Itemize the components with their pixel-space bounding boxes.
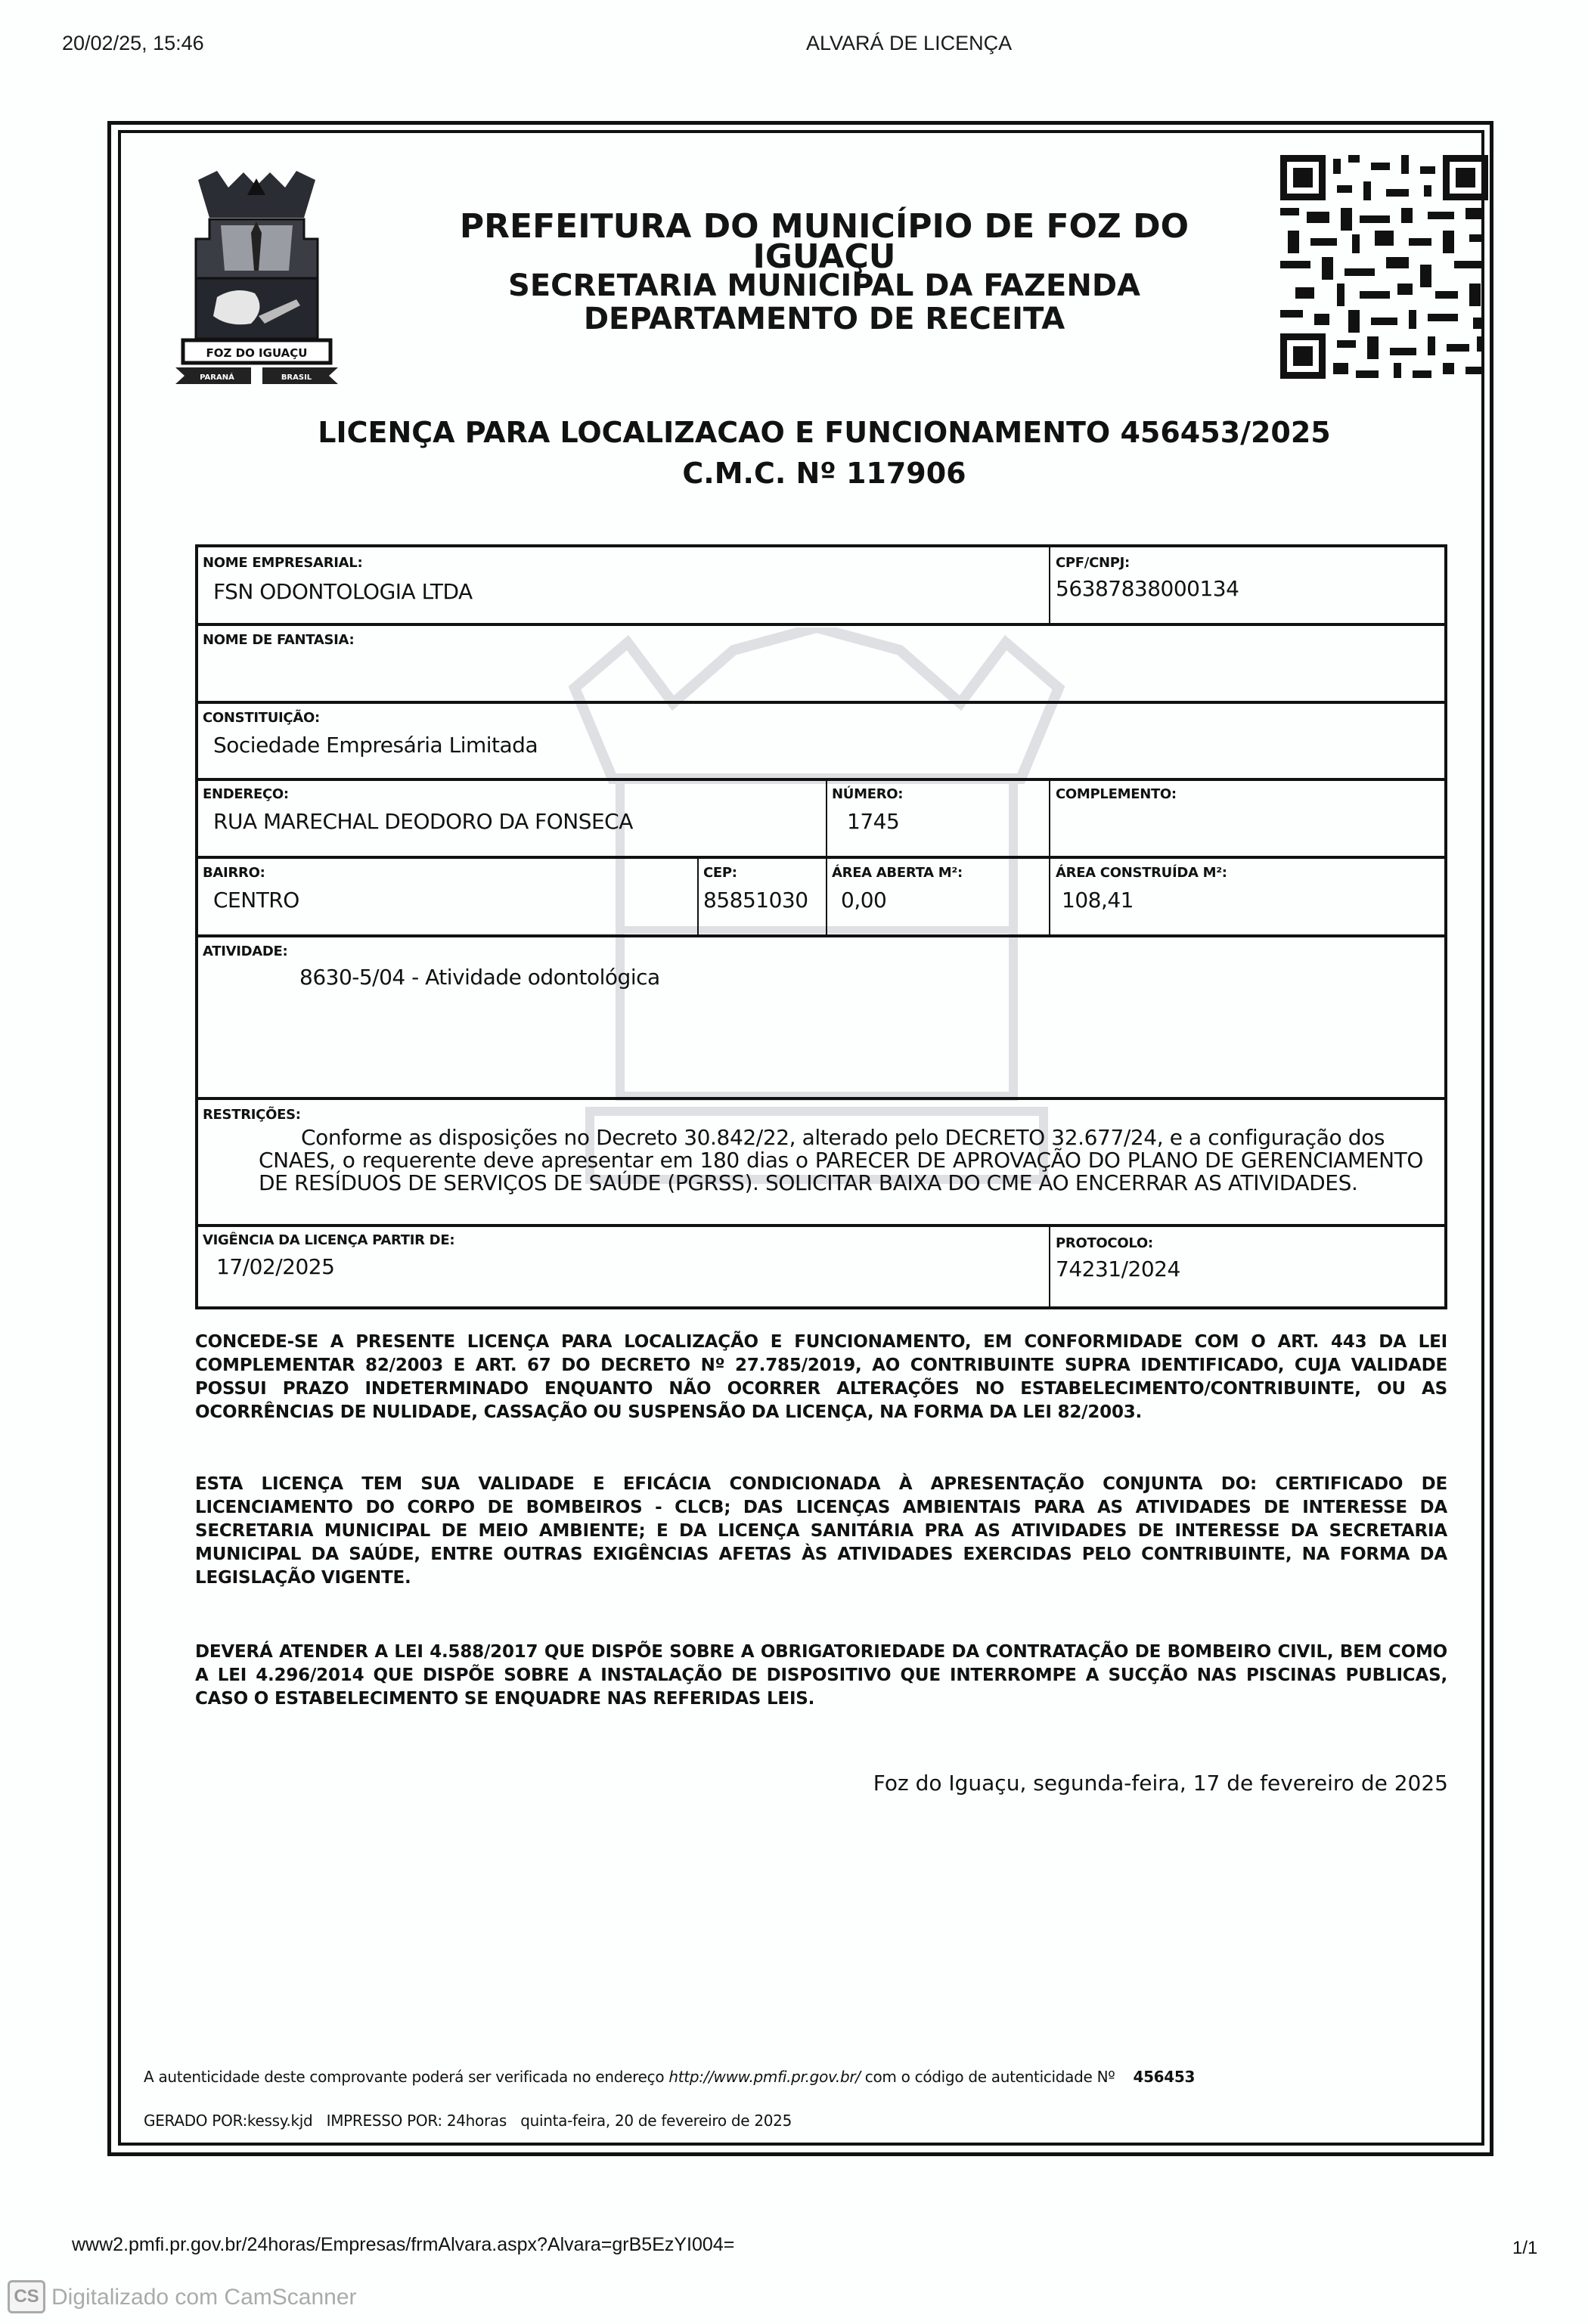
label-constituicao: CONSTITUIÇÃO: xyxy=(203,710,320,726)
value-area-aberta: 0,00 xyxy=(841,888,886,913)
license-cmc: C.M.C. Nº 117906 xyxy=(227,457,1422,490)
camscanner-logo-icon: CS xyxy=(8,2280,45,2313)
label-restricoes: RESTRIÇÕES: xyxy=(203,1107,301,1123)
camscanner-text: Digitalizado com CamScanner xyxy=(51,2285,357,2310)
col-divider xyxy=(1049,778,1050,934)
value-bairro: CENTRO xyxy=(213,888,299,913)
paragraph-validade: ESTA LICENÇA TEM SUA VALIDADE E EFICÁCIA… xyxy=(195,1473,1447,1590)
crest-ribbon-left: PARANÁ xyxy=(200,372,234,382)
restricoes-line-1: Conforme as disposições no Decreto 30.84… xyxy=(259,1126,1423,1149)
value-protocolo: 74231/2024 xyxy=(1056,1257,1180,1281)
row-divider xyxy=(198,778,1444,781)
authenticity-middle: com o código de autenticidade Nº xyxy=(865,2068,1115,2086)
row-divider xyxy=(198,701,1444,704)
restricoes-rest: CNAES, o requerente deve apresentar em 1… xyxy=(259,1148,1423,1195)
license-data-table: NOME EMPRESARIAL: FSN ODONTOLOGIA LTDA C… xyxy=(195,544,1447,1309)
value-nome-empresarial: FSN ODONTOLOGIA LTDA xyxy=(213,579,473,604)
row-divider xyxy=(198,1097,1444,1100)
header-line-4: DEPARTAMENTO DE RECEITA xyxy=(318,304,1331,334)
label-protocolo: PROTOCOLO: xyxy=(1056,1235,1153,1251)
col-divider xyxy=(1049,547,1050,623)
label-area-aberta: ÁREA ABERTA M²: xyxy=(832,865,963,881)
header-line-3: SECRETARIA MUNICIPAL DA FAZENDA xyxy=(318,271,1331,301)
label-nome-empresarial: NOME EMPRESARIAL: xyxy=(203,555,362,571)
coat-of-arms-icon: FOZ DO IGUAÇU PARANÁ BRASIL xyxy=(175,165,338,392)
impresso-por: IMPRESSO POR: 24horas xyxy=(327,2112,507,2130)
paragraph-concessao: CONCEDE-SE A PRESENTE LICENÇA PARA LOCAL… xyxy=(195,1331,1447,1424)
print-page-title: ALVARÁ DE LICENÇA xyxy=(806,32,1012,55)
paragraph-leis: DEVERÁ ATENDER A LEI 4.588/2017 QUE DISP… xyxy=(195,1641,1447,1711)
label-cpf-cnpj: CPF/CNPJ: xyxy=(1056,555,1130,571)
value-numero: 1745 xyxy=(847,809,899,834)
row-divider xyxy=(198,623,1444,626)
license-title: LICENÇA PARA LOCALIZACAO E FUNCIONAMENTO… xyxy=(227,416,1422,449)
label-complemento: COMPLEMENTO: xyxy=(1056,786,1177,802)
print-footer-page: 1/1 xyxy=(1512,2238,1537,2259)
label-vigencia: VIGÊNCIA DA LICENÇA PARTIR DE: xyxy=(203,1232,454,1248)
label-nome-fantasia: NOME DE FANTASIA: xyxy=(203,632,354,648)
value-constituicao: Sociedade Empresária Limitada xyxy=(213,733,538,758)
label-cep: CEP: xyxy=(703,865,737,881)
value-atividade: 8630-5/04 - Atividade odontológica xyxy=(299,965,660,990)
crest-ribbon-right: BRASIL xyxy=(281,373,312,382)
print-footer-url: www2.pmfi.pr.gov.br/24horas/Empresas/frm… xyxy=(72,2234,734,2256)
label-endereco: ENDEREÇO: xyxy=(203,786,289,802)
generated-date: quinta-feira, 20 de fevereiro de 2025 xyxy=(520,2112,792,2130)
value-endereco: RUA MARECHAL DEODORO DA FONSECA xyxy=(213,809,633,834)
place-date-line: Foz do Iguaçu, segunda-feira, 17 de feve… xyxy=(756,1771,1448,1796)
row-divider xyxy=(198,1224,1444,1227)
authenticity-url-link[interactable]: http://www.pmfi.pr.gov.br/ xyxy=(668,2068,860,2086)
authenticity-prefix: A autenticidade deste comprovante poderá… xyxy=(144,2068,664,2086)
col-divider xyxy=(826,778,827,934)
col-divider xyxy=(697,856,699,934)
authenticity-line: A autenticidade deste comprovante poderá… xyxy=(144,2068,1195,2086)
row-divider xyxy=(198,856,1444,859)
print-datetime: 20/02/25, 15:46 xyxy=(62,32,204,55)
value-vigencia: 17/02/2025 xyxy=(216,1254,334,1279)
label-atividade: ATIVIDADE: xyxy=(203,944,287,959)
col-divider xyxy=(1049,1224,1050,1309)
generated-line: GERADO POR:kessy.kjd IMPRESSO POR: 24hor… xyxy=(144,2112,792,2130)
value-cep: 85851030 xyxy=(703,888,808,913)
row-divider xyxy=(198,934,1444,937)
value-cpf-cnpj: 56387838000134 xyxy=(1056,576,1239,601)
label-area-construida: ÁREA CONSTRUÍDA M²: xyxy=(1056,865,1227,881)
label-bairro: BAIRRO: xyxy=(203,865,265,881)
value-area-construida: 108,41 xyxy=(1062,888,1134,913)
gerado-por: GERADO POR:kessy.kjd xyxy=(144,2112,312,2130)
label-numero: NÚMERO: xyxy=(832,786,903,802)
crest-name-banner: FOZ DO IGUAÇU xyxy=(206,346,308,360)
authenticity-code: 456453 xyxy=(1133,2068,1195,2086)
value-restricoes: Conforme as disposições no Decreto 30.84… xyxy=(259,1126,1423,1195)
